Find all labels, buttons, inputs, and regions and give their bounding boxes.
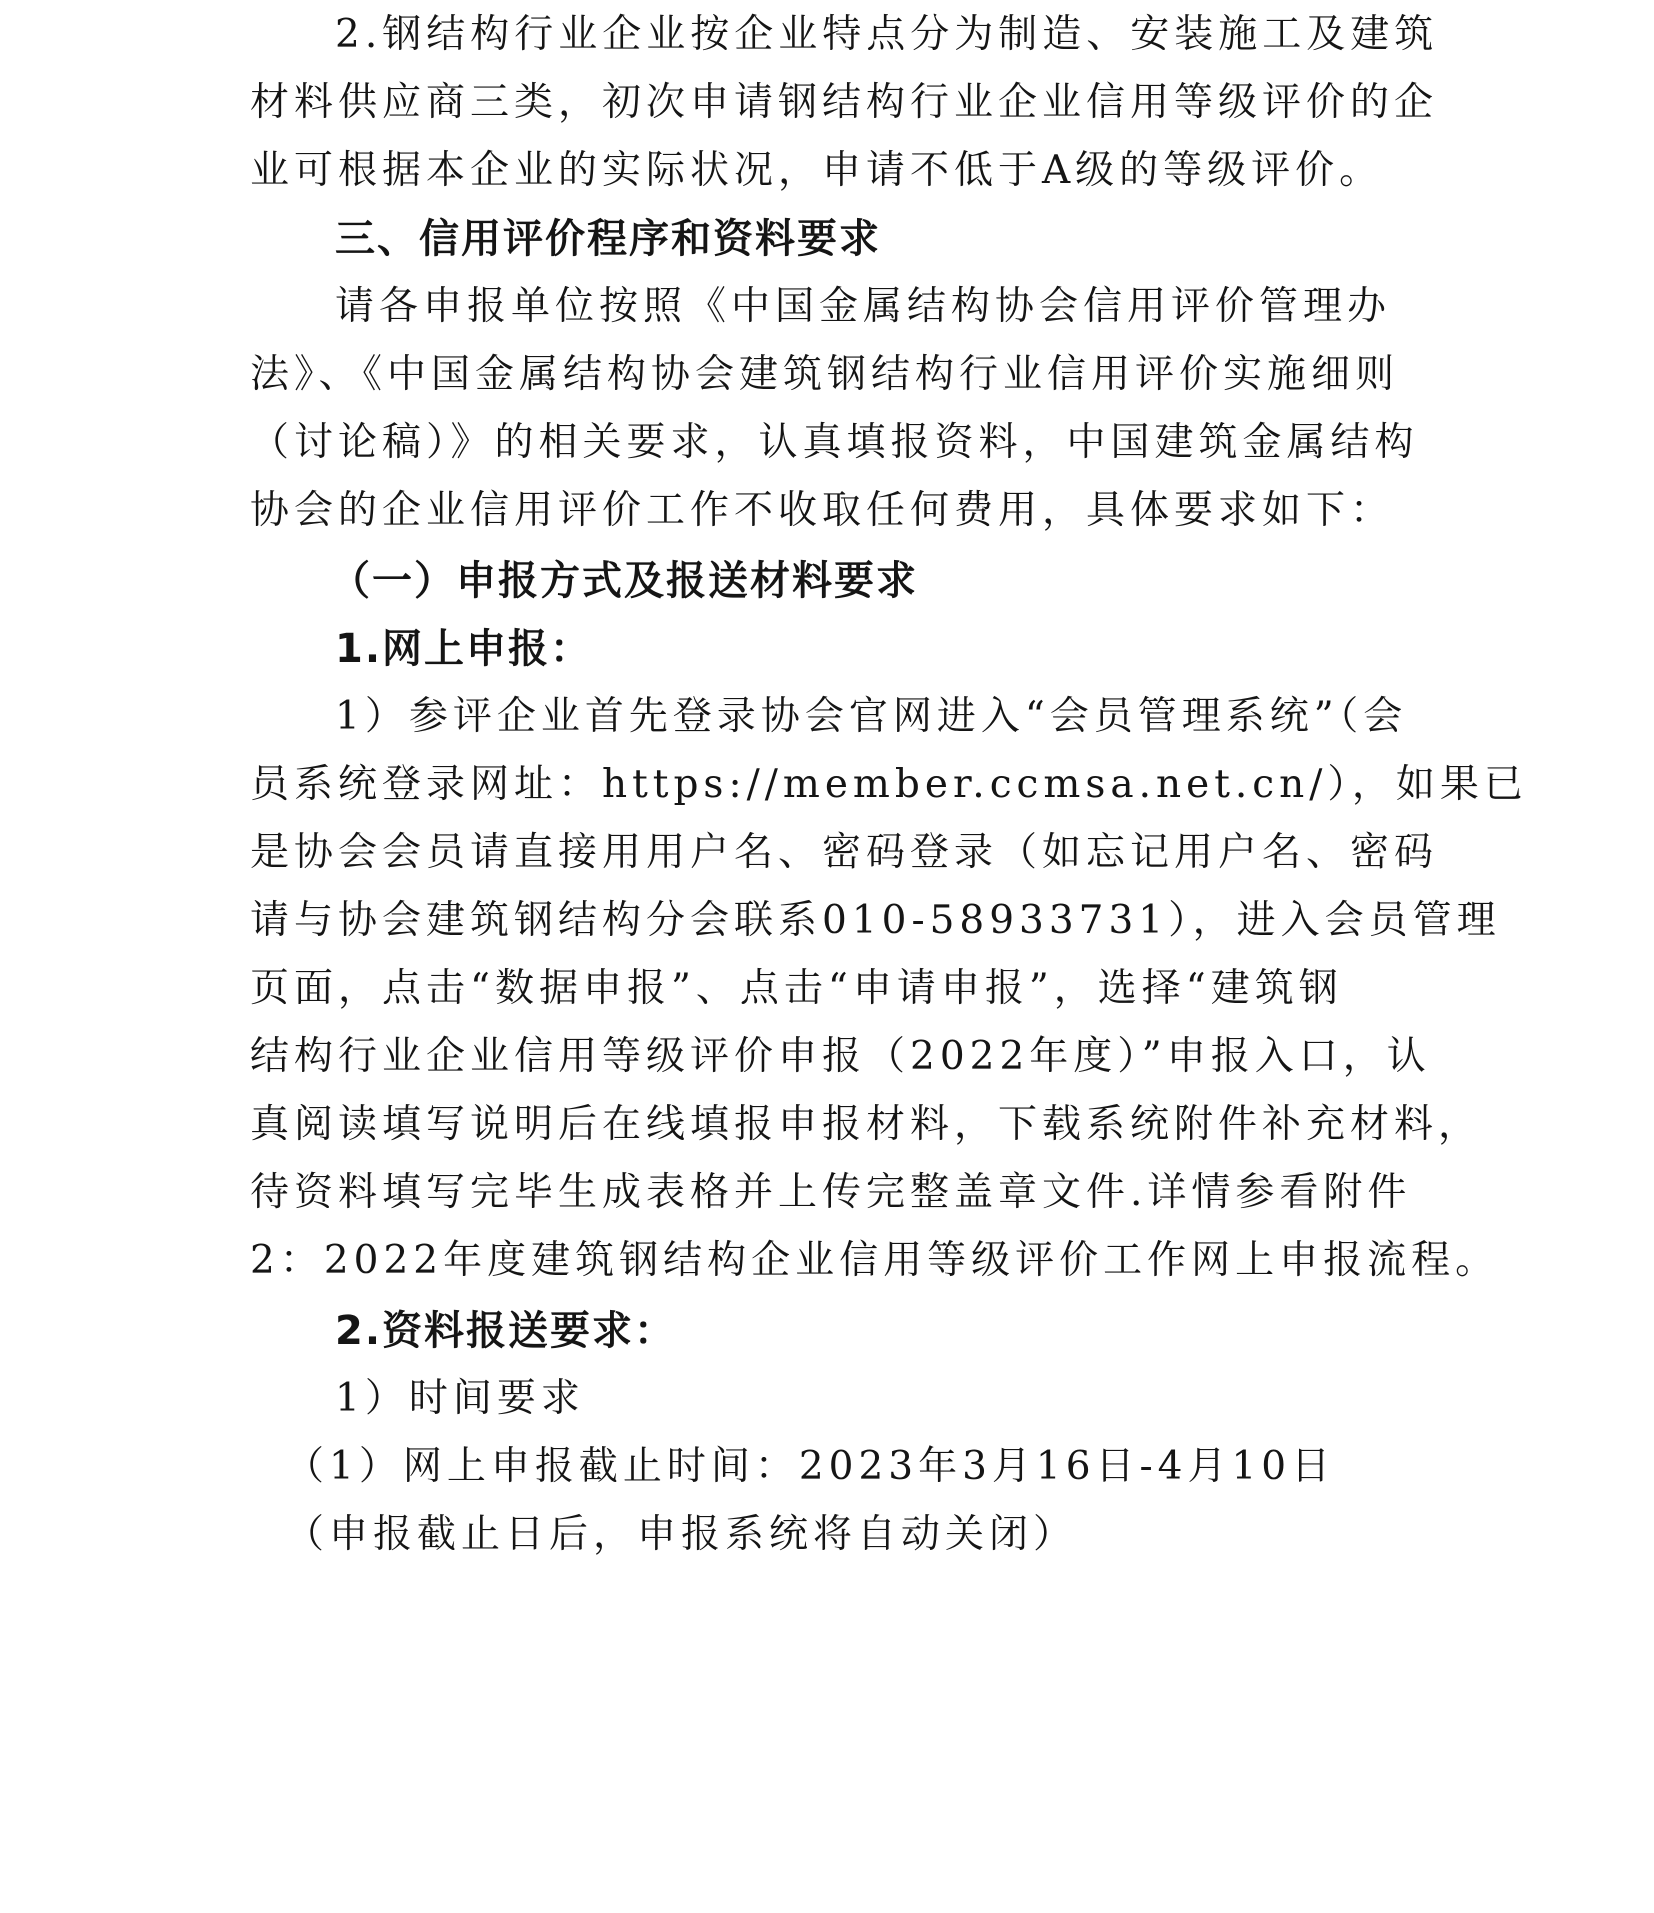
paragraph-line: （讨论稿）》的相关要求，认真填报资料，中国建筑金属结构: [250, 418, 1400, 468]
paragraph-line: 结构行业企业信用等级评价申报（2022年度）”申报入口，认: [250, 1032, 1400, 1082]
paragraph-line: 材料供应商三类，初次申请钢结构行业企业信用等级评价的企: [250, 78, 1400, 128]
section-heading: 三、信用评价程序和资料要求: [335, 214, 1485, 264]
paragraph-line: 2.钢结构行业企业按企业特点分为制造、安装施工及建筑: [335, 10, 1485, 60]
paragraph-line: （申报截止日后，申报系统将自动关闭）: [285, 1510, 1435, 1560]
paragraph-line: 员系统登录网址：https://member.ccmsa.net.cn/），如果…: [250, 760, 1400, 810]
paragraph-line: 1）参评企业首先登录协会官网进入“会员管理系统”（会: [335, 692, 1485, 742]
subsection-heading: （一）申报方式及报送材料要求: [330, 556, 1480, 606]
item-heading: 2.资料报送要求：: [335, 1306, 1485, 1356]
paragraph-line: 待资料填写完毕生成表格并上传完整盖章文件.详情参看附件: [250, 1168, 1400, 1218]
paragraph-line: 业可根据本企业的实际状况，申请不低于A级的等级评价。: [250, 146, 1400, 196]
deadline-line: （1）网上申报截止时间：2023年3月16日-4月10日: [285, 1442, 1435, 1492]
paragraph-line: 是协会会员请直接用用户名、密码登录（如忘记用户名、密码: [250, 828, 1400, 878]
item-heading: 1.网上申报：: [335, 624, 1485, 674]
paragraph-line: 真阅读填写说明后在线填报申报材料，下载系统附件补充材料，: [250, 1100, 1400, 1150]
paragraph-line: 法》、《中国金属结构协会建筑钢结构行业信用评价实施细则: [250, 350, 1400, 400]
paragraph-line: 2：2022年度建筑钢结构企业信用等级评价工作网上申报流程。: [250, 1236, 1400, 1286]
paragraph-line: 1）时间要求: [335, 1374, 1485, 1424]
document-page: 2.钢结构行业企业按企业特点分为制造、安装施工及建筑 材料供应商三类，初次申请钢…: [0, 0, 1654, 1913]
paragraph-line: 请与协会建筑钢结构分会联系010-58933731），进入会员管理: [250, 896, 1400, 946]
paragraph-line: 协会的企业信用评价工作不收取任何费用，具体要求如下：: [250, 486, 1400, 536]
paragraph-line: 请各申报单位按照《中国金属结构协会信用评价管理办: [335, 282, 1485, 332]
paragraph-line: 页面，点击“数据申报”、点击“申请申报”，选择“建筑钢: [250, 964, 1400, 1014]
